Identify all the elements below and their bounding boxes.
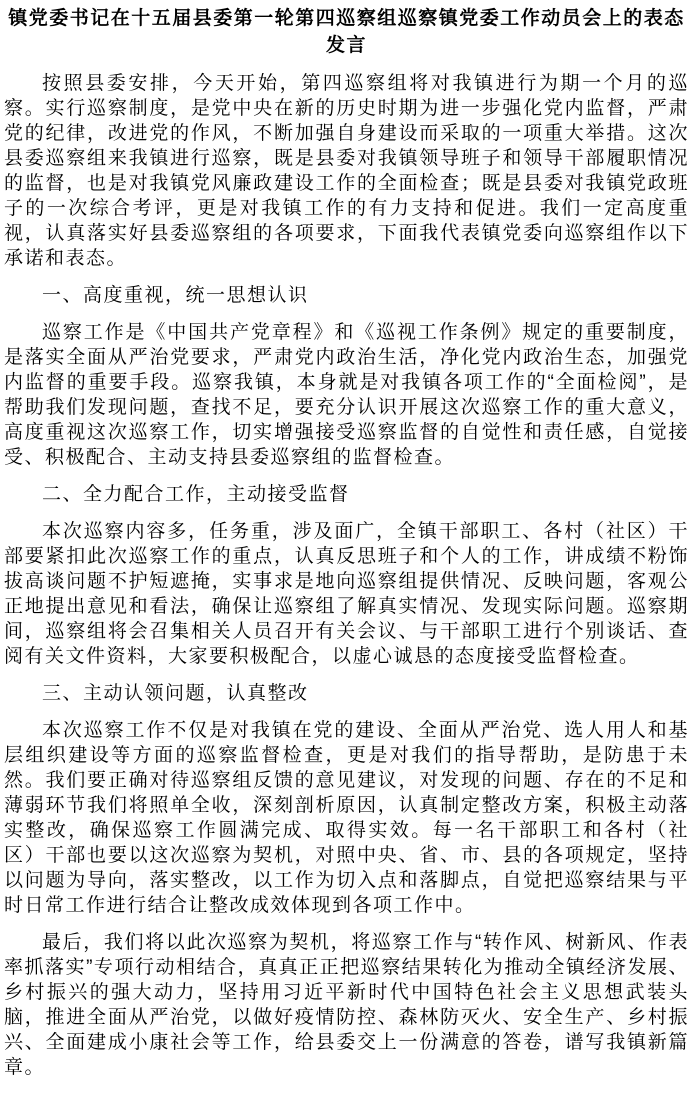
document-page: 镇党委书记在十五届县委第一轮第四巡察组巡察镇党委工作动员会上的表态发言 按照县委…	[0, 0, 693, 1100]
document-title: 镇党委书记在十五届县委第一轮第四巡察组巡察镇党委工作动员会上的表态发言	[4, 5, 689, 59]
paragraph: 按照县委安排，今天开始，第四巡察组将对我镇进行为期一个月的巡察。实行巡察制度，是…	[4, 71, 689, 271]
paragraph: 巡察工作是《中国共产党章程》和《巡视工作条例》规定的重要制度，是落实全面从严治党…	[4, 320, 689, 470]
paragraph: 最后，我们将以此次巡察为契机，将巡察工作与“转作风、树新风、作表率抓落实”专项行…	[4, 930, 689, 1080]
document-body: 按照县委安排，今天开始，第四巡察组将对我镇进行为期一个月的巡察。实行巡察制度，是…	[4, 71, 689, 1080]
paragraph: 本次巡察内容多，任务重，涉及面广，全镇干部职工、各村（社区）干部要紧扣此次巡察工…	[4, 519, 689, 669]
paragraph: 本次巡察工作不仅是对我镇在党的建设、全面从严治党、选人用人和基层组织建设等方面的…	[4, 718, 689, 918]
section-heading: 二、全力配合工作，主动接受监督	[4, 482, 689, 507]
section-heading: 一、高度重视，统一思想认识	[4, 283, 689, 308]
section-heading: 三、主动认领问题，认真整改	[4, 681, 689, 706]
